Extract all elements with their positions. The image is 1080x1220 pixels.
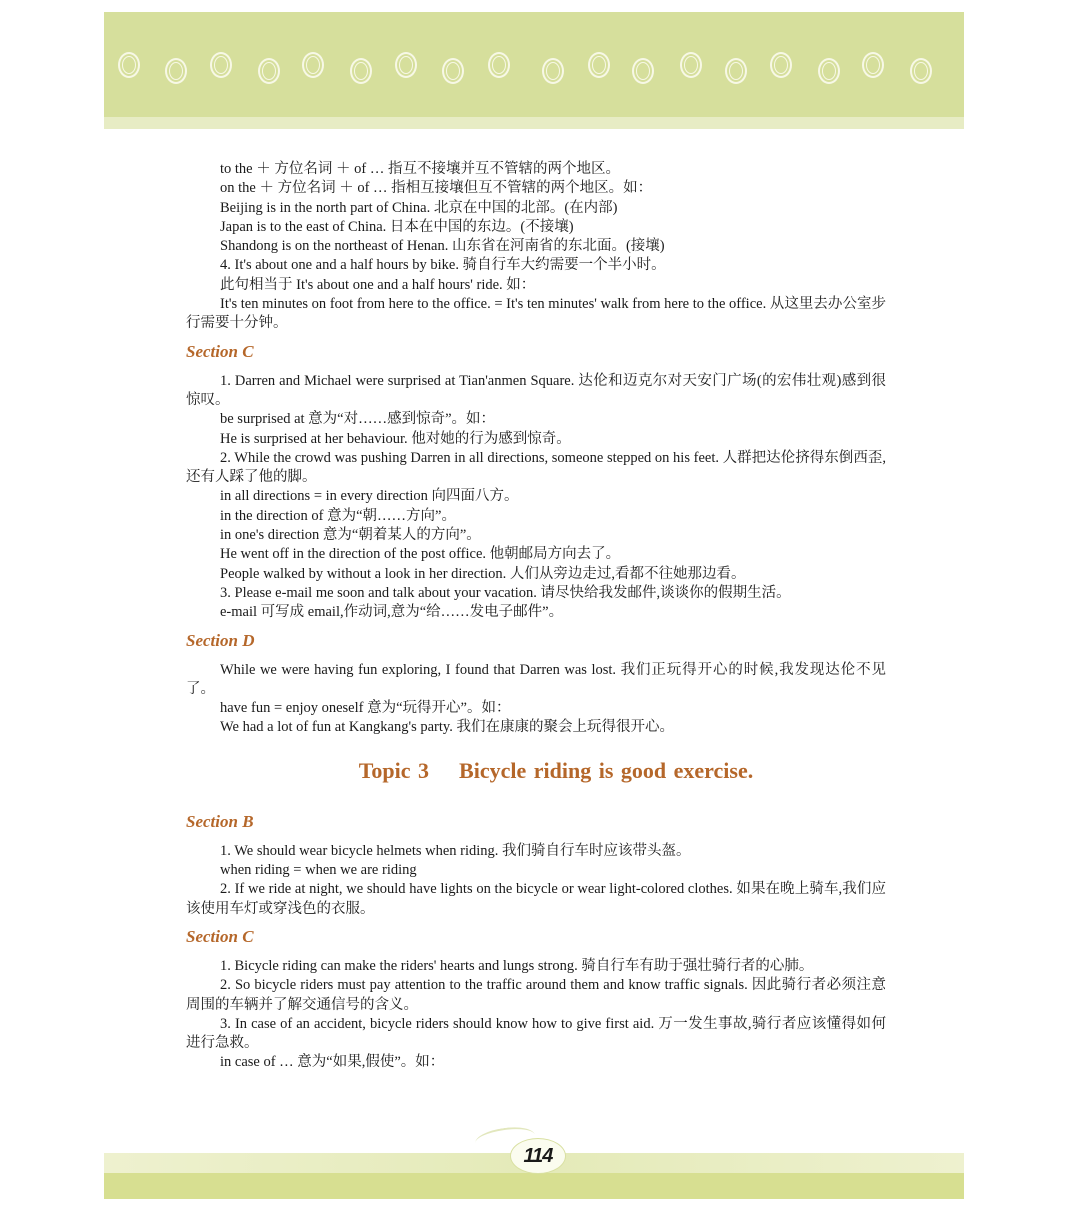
- header-band-shadow: [104, 117, 964, 129]
- paragraph: 1. Darren and Michael were surprised at …: [186, 372, 886, 411]
- ring-icon: [302, 52, 324, 78]
- text-line: Shandong is on the northeast of Henan. 山…: [186, 237, 886, 256]
- text-line: 1. We should wear bicycle helmets when r…: [186, 842, 886, 861]
- page-number: 114: [524, 1145, 553, 1168]
- text-line: Japan is to the east of China. 日本在中国的东边。…: [186, 218, 886, 237]
- text-line: 此句相当于 It's about one and a half hours' r…: [186, 276, 886, 295]
- ring-icon: [165, 58, 187, 84]
- ring-icon: [350, 58, 372, 84]
- text-line: Beijing is in the north part of China. 北…: [186, 199, 886, 218]
- ring-icon: [910, 58, 932, 84]
- ring-icon: [818, 58, 840, 84]
- text-line: in one's direction 意为“朝着某人的方向”。: [186, 526, 886, 545]
- paragraph: 3. In case of an accident, bicycle rider…: [186, 1015, 886, 1054]
- paragraph: 2. If we ride at night, we should have l…: [186, 880, 886, 919]
- ring-icon: [770, 52, 792, 78]
- text-line: He went off in the direction of the post…: [186, 545, 886, 564]
- text-line: 4. It's about one and a half hours by bi…: [186, 256, 886, 275]
- ring-icon: [725, 58, 747, 84]
- ring-icon: [488, 52, 510, 78]
- topic-title: Topic 3 Bicycle riding is good exercise.: [186, 758, 886, 784]
- text-line: when riding = when we are riding: [186, 861, 886, 880]
- ring-icon: [542, 58, 564, 84]
- section-heading: Section B: [186, 812, 886, 832]
- paragraph: 2. While the crowd was pushing Darren in…: [186, 449, 886, 488]
- text-line: in the direction of 意为“朝……方向”。: [186, 507, 886, 526]
- ring-icon: [588, 52, 610, 78]
- text-line: People walked by without a look in her d…: [186, 565, 886, 584]
- ring-icon: [632, 58, 654, 84]
- header-ring-decoration: [110, 52, 960, 92]
- paragraph: While we were having fun exploring, I fo…: [186, 661, 886, 700]
- section-heading: Section D: [186, 631, 886, 651]
- ring-icon: [395, 52, 417, 78]
- page-number-badge: 114: [510, 1138, 566, 1174]
- text-line: e-mail 可写成 email,作动词,意为“给……发电子邮件”。: [186, 603, 886, 622]
- ring-icon: [862, 52, 884, 78]
- section-heading: Section C: [186, 342, 886, 362]
- text-line: on the ＋ 方位名词 ＋ of … 指相互接壤但互不管辖的两个地区。如：: [186, 179, 886, 198]
- text-line: He is surprised at her behaviour. 他对她的行为…: [186, 430, 886, 449]
- ring-icon: [210, 52, 232, 78]
- paragraph: 1. Bicycle riding can make the riders' h…: [186, 957, 886, 976]
- text-line: We had a lot of fun at Kangkang's party.…: [186, 718, 886, 737]
- text-line: 3. Please e-mail me soon and talk about …: [186, 584, 886, 603]
- ring-icon: [442, 58, 464, 84]
- section-heading: Section C: [186, 927, 886, 947]
- footer-decorative-band: [104, 1173, 964, 1199]
- paragraph: 2. So bicycle riders must pay attention …: [186, 976, 886, 1015]
- ring-icon: [258, 58, 280, 84]
- ring-icon: [118, 52, 140, 78]
- ring-icon: [680, 52, 702, 78]
- page-content: to the ＋ 方位名词 ＋ of … 指互不接壤并互不管辖的两个地区。on …: [186, 160, 886, 1073]
- text-line: in case of … 意为“如果,假使”。如：: [186, 1053, 886, 1072]
- text-line: in all directions = in every direction 向…: [186, 487, 886, 506]
- text-line: have fun = enjoy oneself 意为“玩得开心”。如：: [186, 699, 886, 718]
- text-line: to the ＋ 方位名词 ＋ of … 指互不接壤并互不管辖的两个地区。: [186, 160, 886, 179]
- paragraph: It's ten minutes on foot from here to th…: [186, 295, 886, 334]
- text-line: be surprised at 意为“对……感到惊奇”。如：: [186, 410, 886, 429]
